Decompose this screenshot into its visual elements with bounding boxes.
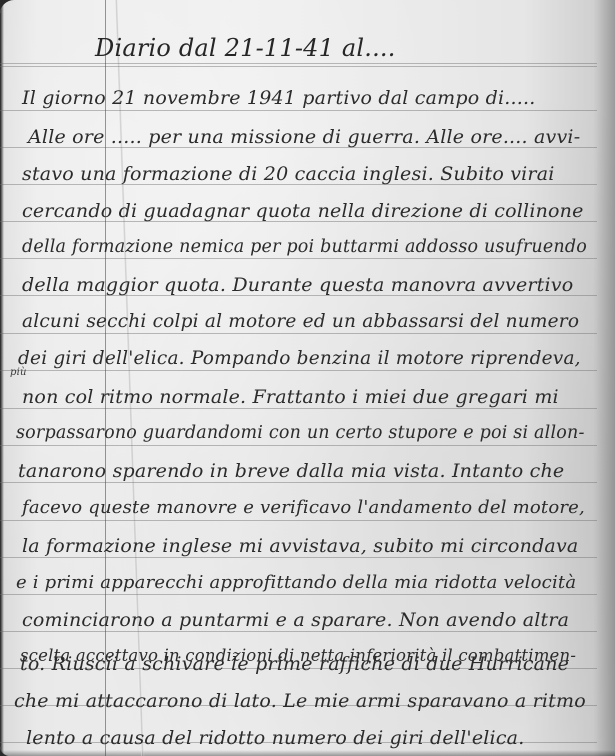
text-line: Il giorno 21 novembre 1941 partivo dal c… [22,89,535,108]
text-line: sorpassarono guardandomi con un certo st… [16,425,585,443]
text-line: e i primi apparecchi approfittando della… [16,574,576,592]
ruled-line [0,557,597,558]
ruled-line [0,63,597,64]
margin-rule [105,0,106,756]
ruled-line [0,594,597,595]
diary-page: Diario dal 21-11-41 al.... Il giorno 21 … [0,0,615,756]
text-line: tanarono sparendo in breve dalla mia vis… [18,462,564,481]
page-left-edge [0,0,4,756]
ruled-line [0,445,597,446]
text-line: Alle ore ..... per una missione di guerr… [28,128,580,147]
text-line: facevo queste manovre e verificavo l'and… [22,499,585,517]
text-line: alcuni secchi colpi al motore ed un abba… [22,313,579,332]
ruled-line [0,333,597,334]
ruled-line [0,370,597,371]
text-line: la formazione inglese mi avvistava, subi… [22,537,578,556]
text-line: stavo una formazione di 20 caccia ingles… [22,165,555,184]
ruled-line [0,520,597,521]
text-line: lento a causa del ridotto numero dei gir… [26,729,524,748]
page-bottom-edge [0,750,615,756]
text-line: dei giri dell'elica. Pompando benzina il… [18,350,581,369]
text-line: non col ritmo normale. Frattanto i miei … [22,388,559,407]
text-line: cercando di guadagnar quota nella direzi… [22,202,584,221]
text-line: che mi attaccarono di lato. Le mie armi … [14,692,586,711]
text-line: della formazione nemica per poi buttarmi… [22,239,587,257]
text-line: to. Riuscii a schivare le prime raffiche… [20,655,569,674]
paper-crease [115,0,144,756]
ruled-line [0,631,597,632]
diary-title: Diario dal 21-11-41 al.... [95,36,396,60]
interlinear-insert: più [10,368,27,378]
text-line: cominciarono a puntarmi e a sparare. Non… [22,611,569,630]
ruled-line [0,408,597,409]
page-right-shadow [593,0,615,756]
text-line: della maggior quota. Durante questa mano… [22,276,573,295]
ruled-line [0,110,597,111]
ruled-line [0,258,597,259]
ruled-line [0,482,597,483]
